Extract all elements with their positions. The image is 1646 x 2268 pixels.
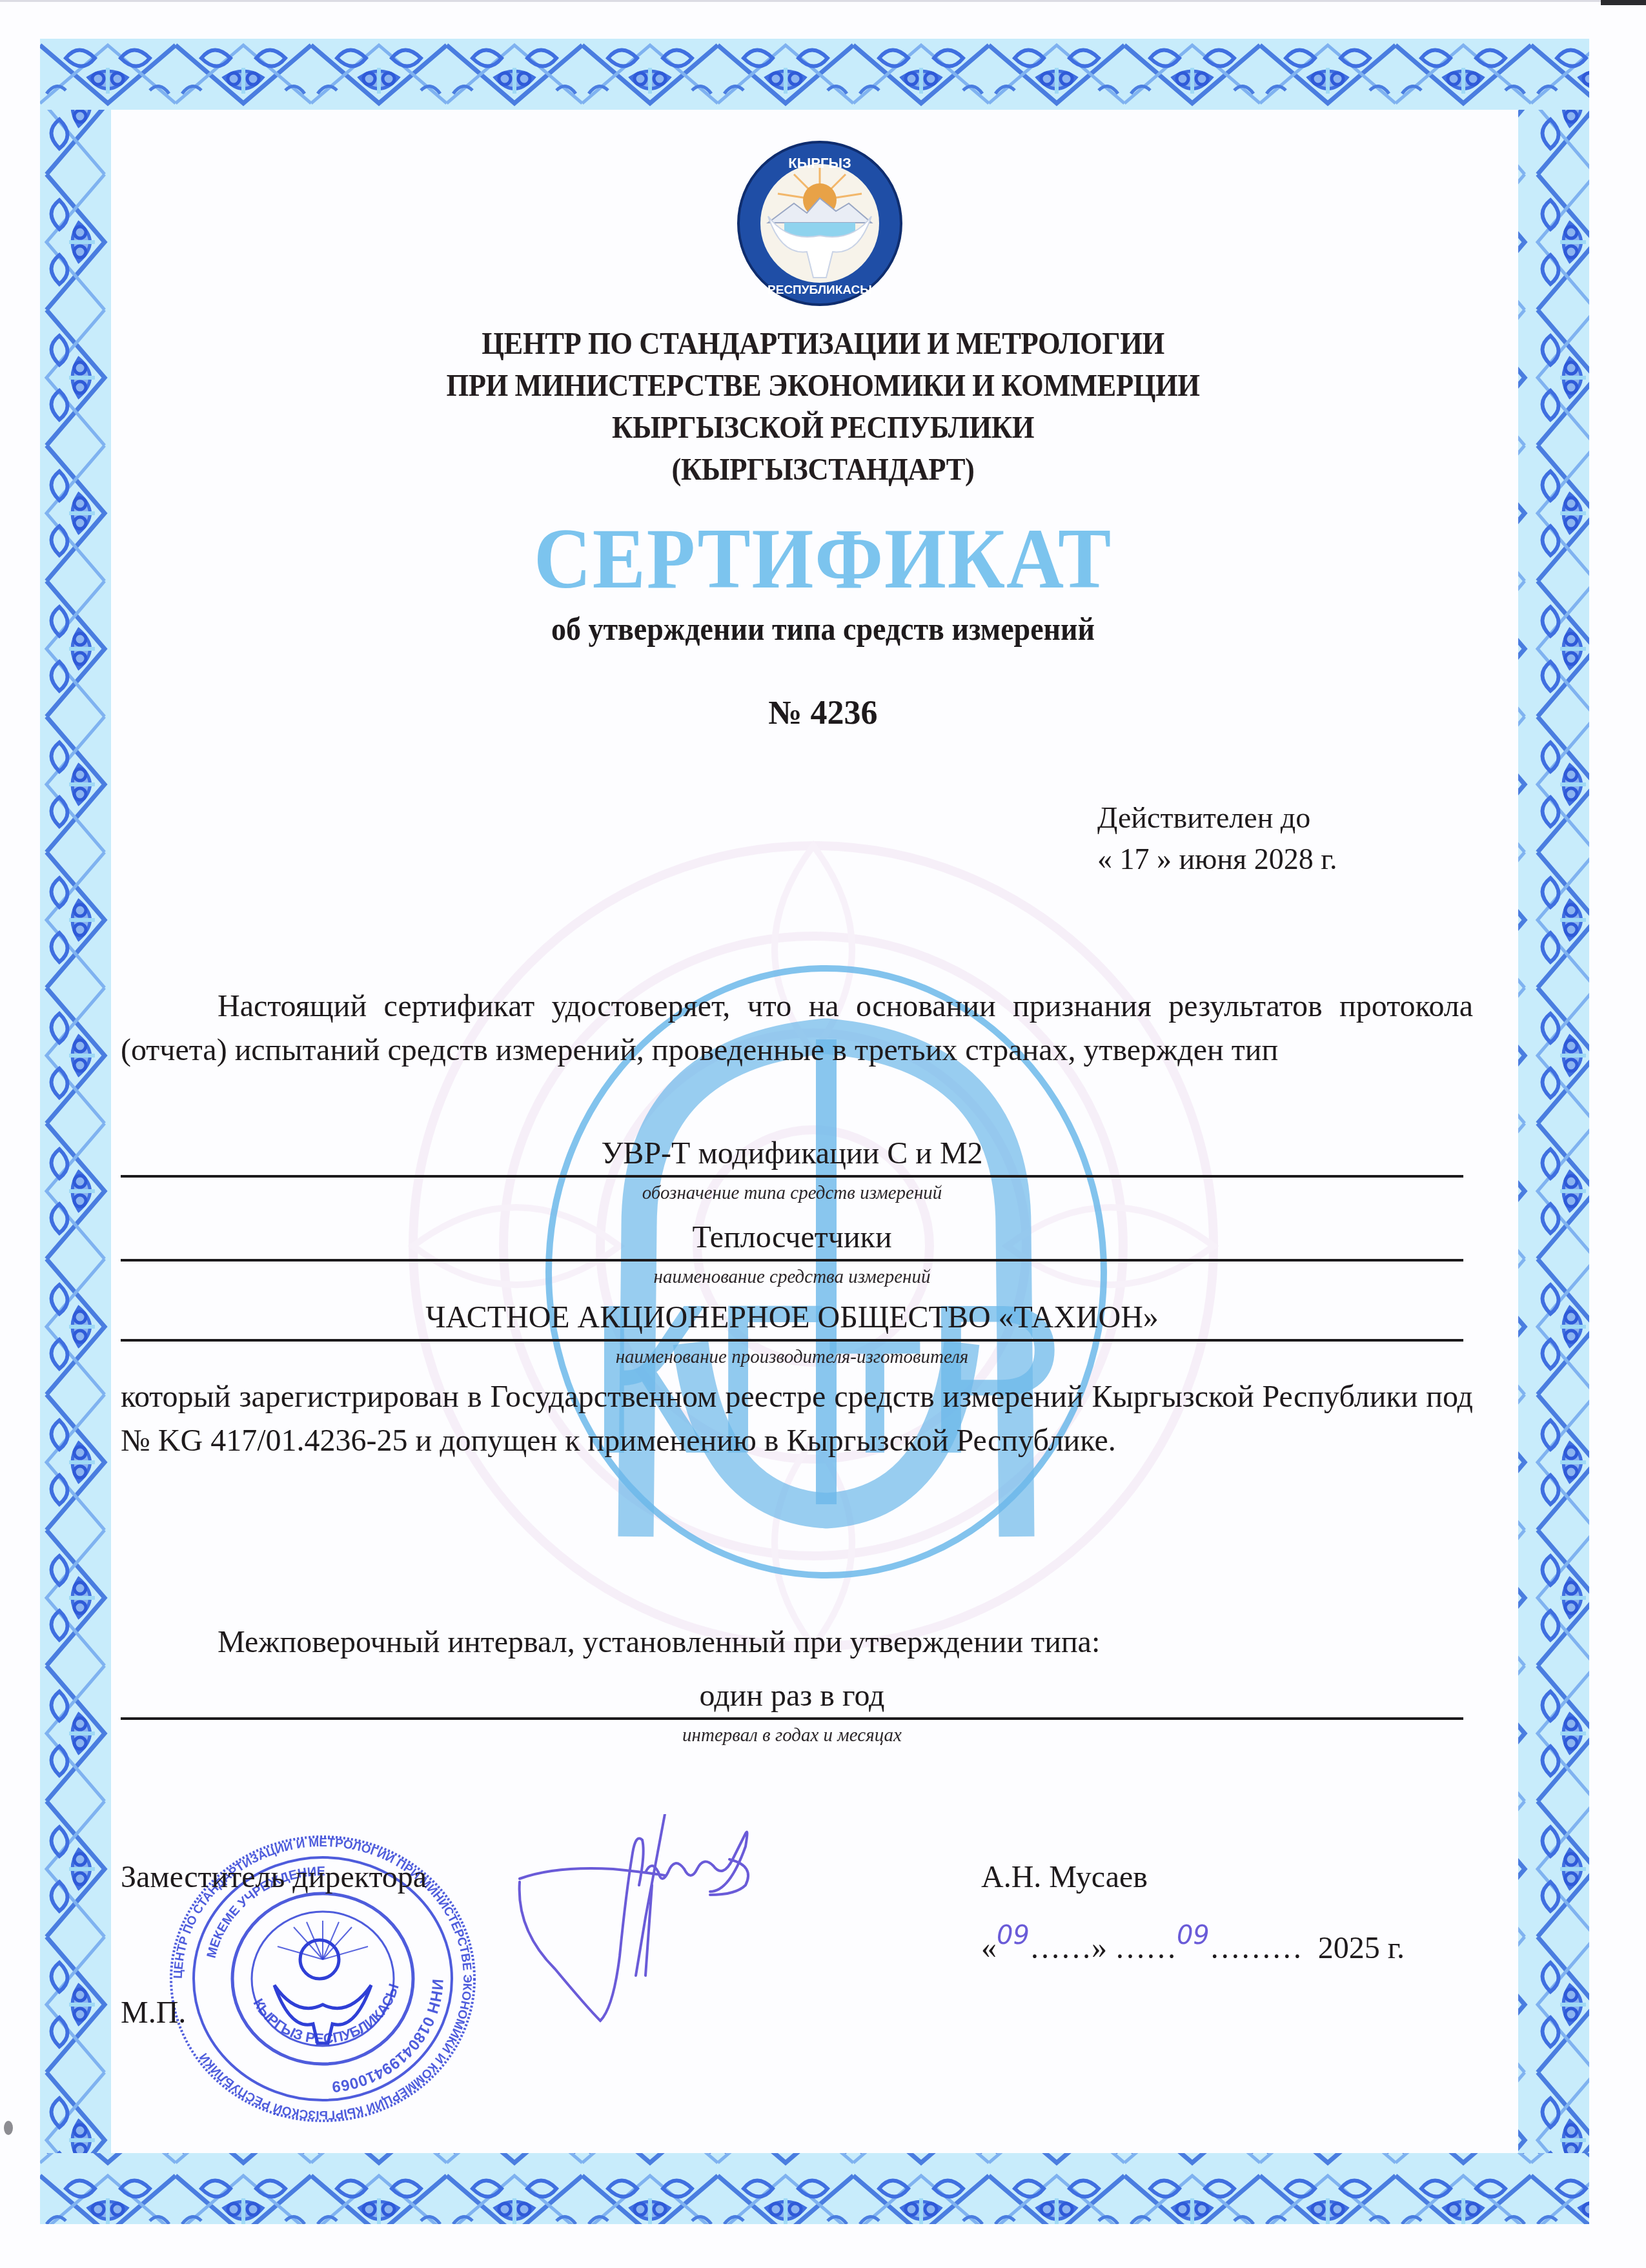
type-designation-hint: обозначение типа средств измерений <box>121 1183 1463 1204</box>
certificate-subtitle: об утверждении типа средств измерений <box>66 610 1580 648</box>
underline <box>121 1339 1463 1342</box>
date-year: 2025 г. <box>1318 1931 1405 1965</box>
header-line-2: ПРИ МИНИСТЕРСТВЕ ЭКОНОМИКИ И КОММЕРЦИИ <box>57 368 1589 404</box>
header-line-1: ЦЕНТР ПО СТАНДАРТИЗАЦИИ И МЕТРОЛОГИИ <box>57 326 1589 362</box>
certificate-number: № 4236 <box>0 694 1646 732</box>
intro-paragraph: Настоящий сертификат удостоверяет, что н… <box>121 985 1473 1072</box>
header-line-3: КЫРГЫЗСКОЙ РЕСПУБЛИКИ <box>57 410 1589 445</box>
validity-date: « 17 » июня 2028 г. <box>1097 839 1337 880</box>
handwritten-signature <box>516 1814 904 2027</box>
svg-text:КЫРГЫЗ РЕСПУБЛИКАСЫ: КЫРГЫЗ РЕСПУБЛИКАСЫ <box>250 1981 401 2047</box>
seal-center-text: КЫРГЫЗ РЕСПУБЛИКАСЫ <box>250 1981 401 2047</box>
certificate-title: СЕРТИФИКАТ <box>66 509 1580 608</box>
interval-label: Межповерочный интервал, установленный пр… <box>121 1620 1473 1664</box>
field-type-designation: УВР-Т модификации С и М2 обозначение тип… <box>121 1135 1463 1204</box>
emblem-bottom-text: РЕСПУБЛИКАСЫ <box>767 283 872 297</box>
instrument-name-value: Теплосчетчики <box>121 1219 1463 1256</box>
scan-speck <box>4 2121 13 2135</box>
header-line-4: (КЫРГЫЗСТАНДАРТ) <box>57 452 1589 487</box>
underline <box>121 1717 1463 1720</box>
manufacturer-hint: наименование производителя-изготовителя <box>121 1347 1463 1368</box>
validity-block: Действителен до « 17 » июня 2028 г. <box>1097 797 1337 880</box>
kyrgyz-state-emblem: КЫРГЫЗ РЕСПУБЛИКАСЫ <box>729 139 910 308</box>
handwritten-month: 09 <box>1177 1921 1210 1950</box>
date-dots: ……… <box>1210 1931 1303 1965</box>
emblem-top-text: КЫРГЫЗ <box>788 155 851 171</box>
interval-hint: интервал в годах и месяцах <box>121 1725 1463 1746</box>
scan-top-edge <box>0 0 1601 2</box>
date-mid-dots: ……» …… <box>1030 1931 1177 1965</box>
type-designation-value: УВР-Т модификации С и М2 <box>121 1135 1463 1172</box>
validity-label: Действителен до <box>1097 797 1337 839</box>
signatory-name: А.Н. Мусаев <box>981 1859 1148 1895</box>
scan-corner-shadow <box>1601 0 1646 5</box>
interval-value: один раз в год <box>121 1677 1463 1715</box>
signatory-position: Заместитель директора <box>121 1859 427 1895</box>
field-manufacturer: ЧАСТНОЕ АКЦИОНЕРНОЕ ОБЩЕСТВО «ТАХИОН» на… <box>121 1299 1463 1368</box>
instrument-name-hint: наименование средства измерений <box>121 1267 1463 1288</box>
date-open-quote: « <box>981 1931 997 1965</box>
underline <box>121 1259 1463 1262</box>
handwritten-day: 09 <box>997 1921 1030 1950</box>
manufacturer-value: ЧАСТНОЕ АКЦИОНЕРНОЕ ОБЩЕСТВО «ТАХИОН» <box>121 1299 1463 1336</box>
stamp-place-label: М.П. <box>121 1995 186 2030</box>
field-interval: один раз в год интервал в годах и месяца… <box>121 1677 1463 1746</box>
field-instrument-name: Теплосчетчики наименование средства изме… <box>121 1219 1463 1288</box>
registry-paragraph: который зарегистрирован в Государственно… <box>121 1375 1473 1463</box>
underline <box>121 1175 1463 1178</box>
signing-date: «09……» ……09……… 2025 г. <box>981 1930 1405 1966</box>
